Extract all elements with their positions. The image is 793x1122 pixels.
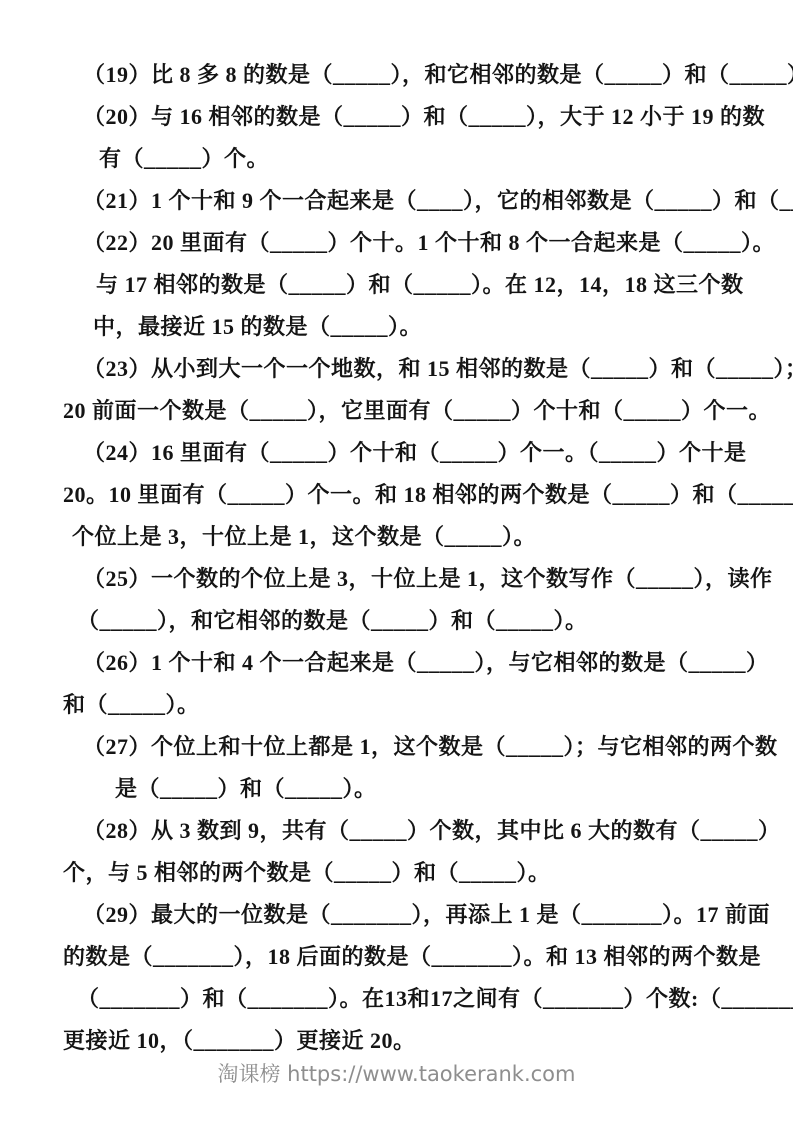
question-29-line-2: 的数是（_______），18 后面的数是（_______）。和 13 相邻的两… <box>63 936 735 978</box>
question-24-line-2: 20。10 里面有（_____）个一。和 18 相邻的两个数是（_____）和（… <box>63 474 735 516</box>
question-27-line-2: 是（_____）和（_____）。 <box>115 768 735 810</box>
question-23-line-1: （23）从小到大一个一个地数，和 15 相邻的数是（_____）和（_____）… <box>83 348 735 390</box>
question-28-line-2: 个，与 5 相邻的两个数是（_____）和（_____）。 <box>63 852 735 894</box>
worksheet-page: （19）比 8 多 8 的数是（_____），和它相邻的数是（_____）和（_… <box>0 0 793 1122</box>
question-22-line-3: 中，最接近 15 的数是（_____）。 <box>93 306 735 348</box>
question-20-line-1: （20）与 16 相邻的数是（_____）和（_____），大于 12 小于 1… <box>83 96 735 138</box>
question-29-line-3: （_______）和（_______）。在13和17之间有（_______）个数… <box>77 978 735 1020</box>
watermark-footer: 淘课榜 https://www.taokerank.com <box>0 1058 793 1088</box>
question-25-line-1: （25）一个数的个位上是 3，十位上是 1，这个数写作（_____），读作 <box>83 558 735 600</box>
question-29-line-1: （29）最大的一位数是（_______），再添上 1 是（_______）。17… <box>83 894 735 936</box>
question-22-line-1: （22）20 里面有（_____）个十。1 个十和 8 个一合起来是（_____… <box>83 222 735 264</box>
question-22-line-2: 与 17 相邻的数是（_____）和（_____）。在 12，14，18 这三个… <box>96 264 735 306</box>
question-26-line-1: （26）1 个十和 4 个一合起来是（_____），与它相邻的数是（_____） <box>83 642 735 684</box>
question-20-line-2: 有（_____）个。 <box>99 138 735 180</box>
question-24-line-1: （24）16 里面有（_____）个十和（_____）个一。（_____）个十是 <box>83 432 735 474</box>
question-29-line-4: 更接近 10，（_______）更接近 20。 <box>63 1020 735 1062</box>
question-23-line-2: 20 前面一个数是（_____），它里面有（_____）个十和（_____）个一… <box>63 390 735 432</box>
question-24-line-3: 个位上是 3，十位上是 1，这个数是（_____）。 <box>72 516 735 558</box>
questions-area: （19）比 8 多 8 的数是（_____），和它相邻的数是（_____）和（_… <box>63 54 735 1062</box>
question-27-line-1: （27）个位上和十位上都是 1，这个数是（_____）；与它相邻的两个数 <box>83 726 735 768</box>
question-19-line-1: （19）比 8 多 8 的数是（_____），和它相邻的数是（_____）和（_… <box>83 54 735 96</box>
question-25-line-2: （_____），和它相邻的数是（_____）和（_____）。 <box>77 600 735 642</box>
question-28-line-1: （28）从 3 数到 9，共有（_____）个数，其中比 6 大的数有（____… <box>83 810 735 852</box>
question-21-line-1: （21）1 个十和 9 个一合起来是（____），它的相邻数是（_____）和（… <box>83 180 735 222</box>
question-26-line-2: 和（_____）。 <box>63 684 735 726</box>
